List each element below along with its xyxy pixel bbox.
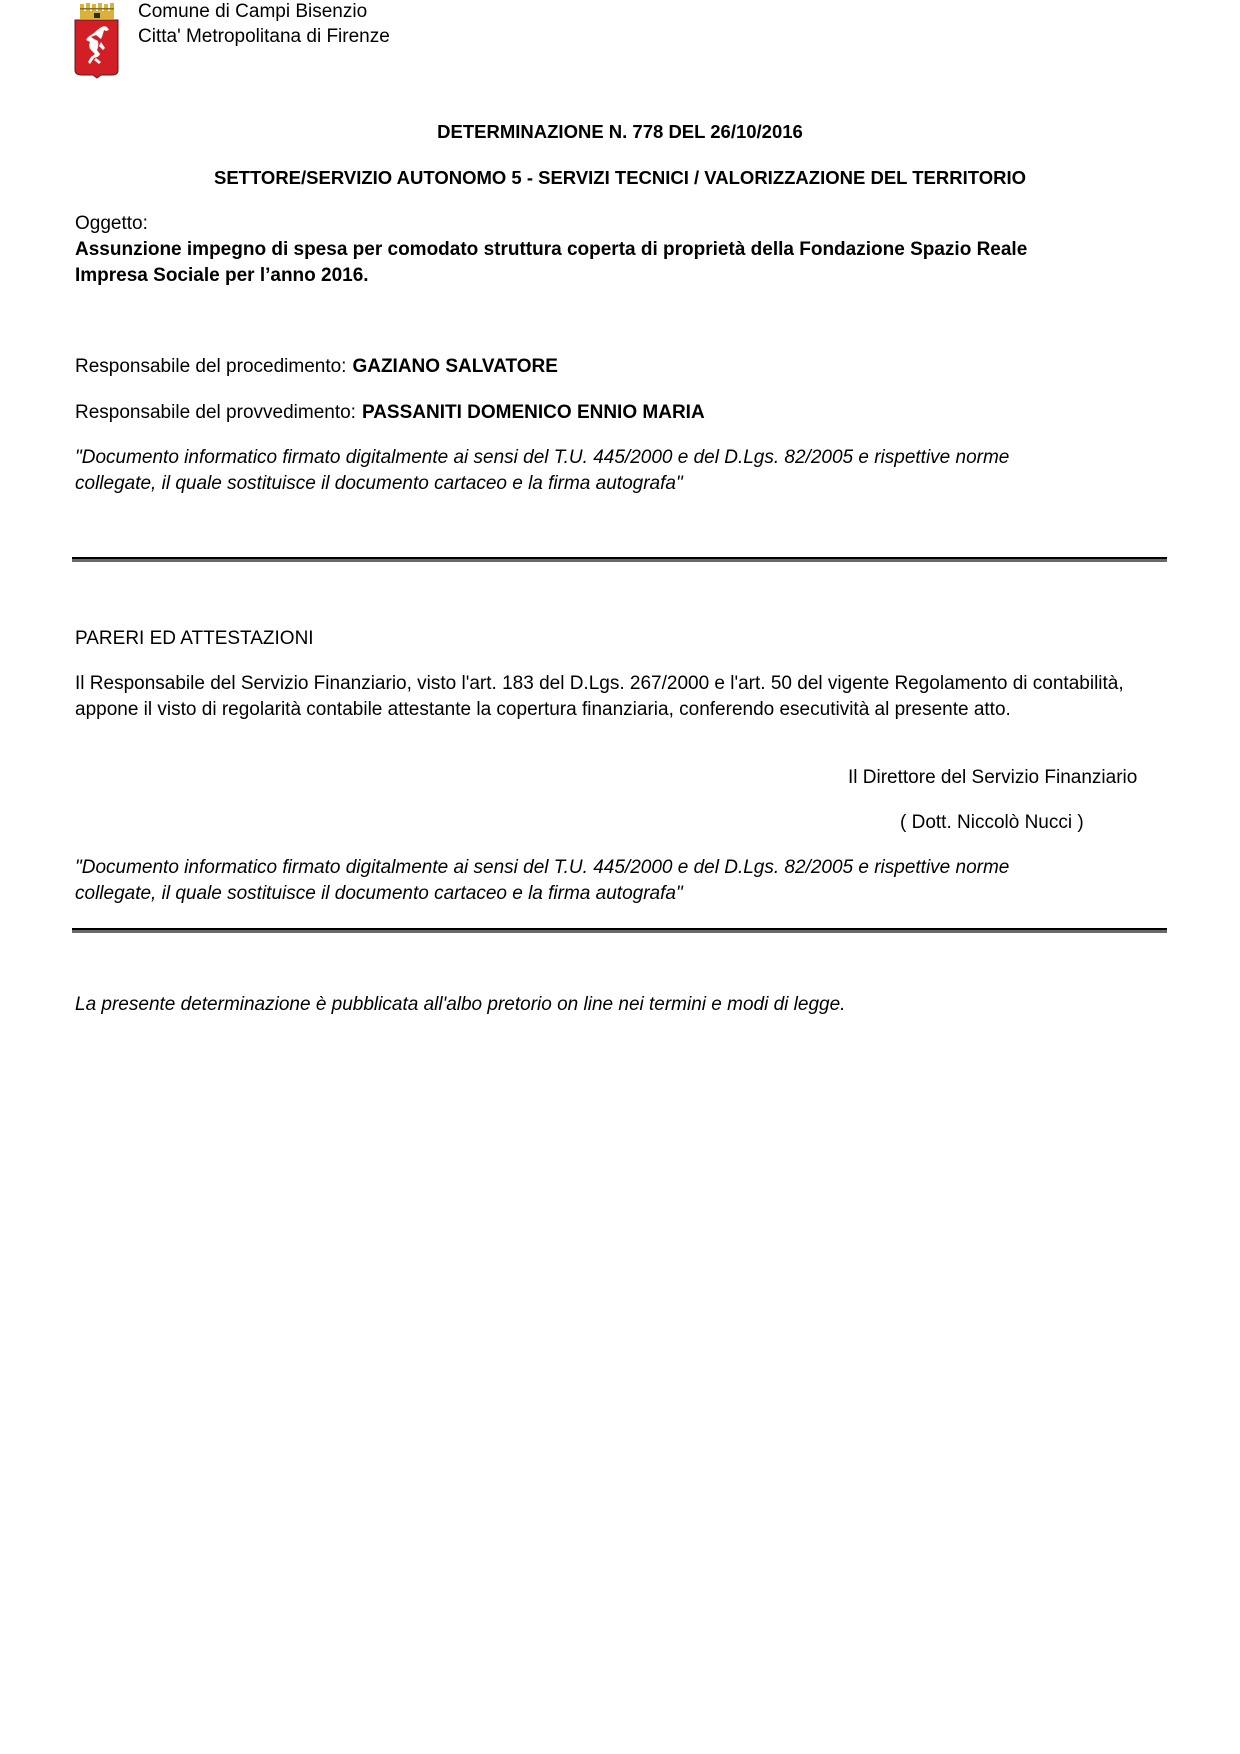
crown-icon xyxy=(80,3,114,19)
measure-manager-name: PASSANITI DOMENICO ENNIO MARIA xyxy=(362,402,705,423)
procedure-manager: Responsabile del procedimento:GAZIANO SA… xyxy=(75,354,558,379)
signer-name: ( Dott. Niccolò Nucci ) xyxy=(900,810,1084,835)
subject-label: Oggetto: xyxy=(75,211,1175,237)
measure-manager-label: Responsabile del provvedimento: xyxy=(75,402,356,423)
digital-signature-note: "Documento informatico firmato digitalme… xyxy=(75,445,1095,496)
signer-role: Il Direttore del Servizio Finanziario xyxy=(848,765,1137,790)
sector-title: SETTORE/SERVIZIO AUTONOMO 5 - SERVIZI TE… xyxy=(0,166,1240,190)
opinions-text: Il Responsabile del Servizio Finanziario… xyxy=(75,671,1170,722)
subject-text: Assunzione impegno di spesa per comodato… xyxy=(75,237,1035,288)
section-divider xyxy=(72,928,1167,933)
procedure-manager-label: Responsabile del procedimento: xyxy=(75,356,346,377)
measure-manager: Responsabile del provvedimento:PASSANITI… xyxy=(75,400,705,425)
procedure-manager-name: GAZIANO SALVATORE xyxy=(352,356,557,377)
coat-of-arms-logo xyxy=(74,2,120,80)
metro-area-name: Citta' Metropolitana di Firenze xyxy=(138,24,390,49)
publication-note: La presente determinazione è pubblicata … xyxy=(75,992,1175,1018)
opinions-title: PARERI ED ATTESTAZIONI xyxy=(75,626,314,651)
digital-signature-note: "Documento informatico firmato digitalme… xyxy=(75,855,1095,906)
document-title: DETERMINAZIONE N. 778 DEL 26/10/2016 xyxy=(0,120,1240,144)
municipality-name: Comune di Campi Bisenzio xyxy=(138,0,367,24)
section-divider xyxy=(72,557,1167,562)
